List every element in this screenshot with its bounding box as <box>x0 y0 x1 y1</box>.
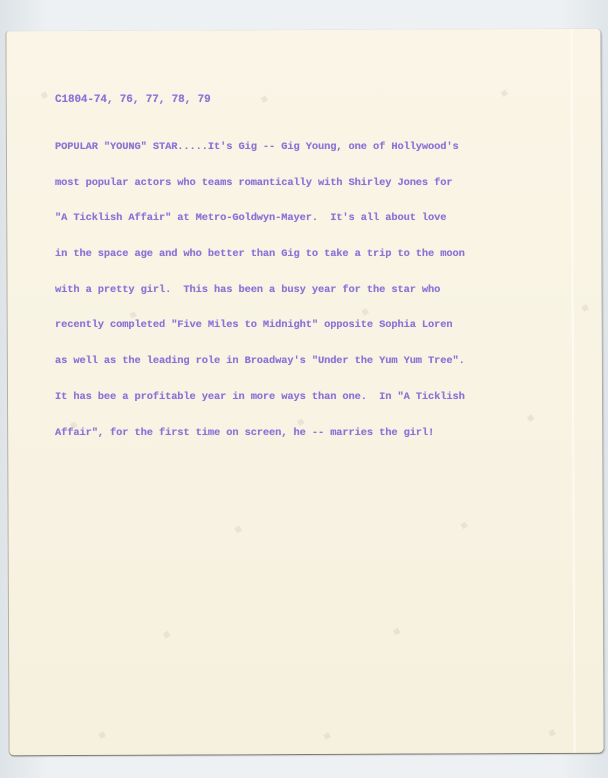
watermark-stamp-icon: ▦ <box>386 623 415 651</box>
watermark-stamp-icon: ▦ <box>91 727 120 755</box>
caption-line: recently completed "Five Miles to Midnig… <box>55 320 465 332</box>
caption-line: as well as the leading role in Broadway'… <box>55 356 465 368</box>
watermark-stamp-icon: ▦ <box>453 517 482 545</box>
watermark-stamp-icon: ▦ <box>156 626 185 654</box>
caption-line: It has bee a profitable year in more way… <box>55 392 465 404</box>
caption-line: Affair", for the first time on screen, h… <box>55 428 465 440</box>
watermark-stamp-icon: ▦ <box>253 91 282 119</box>
watermark-stamp-icon: ▦ <box>493 85 522 113</box>
reference-numbers: C1804-74, 76, 77, 78, 79 <box>55 95 211 107</box>
watermark-stamp-icon: ▦ <box>227 521 256 549</box>
watermark-stamp-icon: ▦ <box>520 410 549 438</box>
caption-line: most popular actors who teams romantical… <box>55 178 465 190</box>
caption-text: POPULAR "YOUNG" STAR.....It's Gig -- Gig… <box>55 118 465 451</box>
watermark-stamp-icon: ▦ <box>316 728 345 756</box>
caption-line: "A Ticklish Affair" at Metro-Goldwyn-May… <box>55 213 465 225</box>
caption-line: in the space age and who better than Gig… <box>55 249 465 261</box>
caption-line: with a pretty girl. This has been a busy… <box>55 285 465 297</box>
watermark-stamp-icon: ▦ <box>541 725 570 753</box>
caption-line: POPULAR "YOUNG" STAR.....It's Gig -- Gig… <box>55 142 465 154</box>
watermark-stamp-icon: ▦ <box>574 300 603 328</box>
